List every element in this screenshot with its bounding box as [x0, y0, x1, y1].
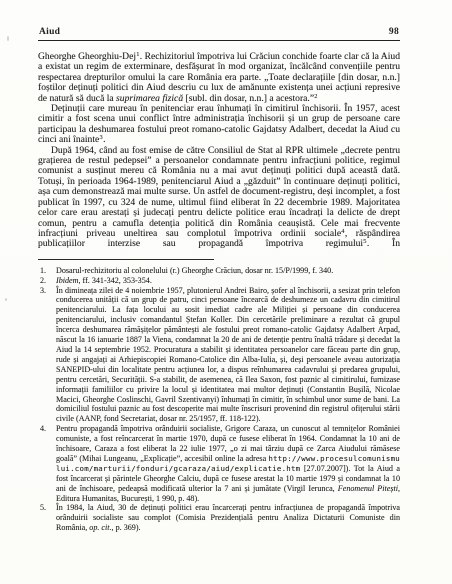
text-segment: . În — [367, 238, 400, 249]
text-segment: Deținuții care mureau în penitenciar era… — [38, 103, 400, 145]
footnote-number: 5. — [40, 503, 56, 533]
text-segment: 2 — [314, 93, 317, 100]
body-paragraph-continuation: Gheorghe Gheorghiu-Dej1. Rechizitoriul î… — [38, 52, 400, 104]
text-segment: suprimarea fizică — [116, 93, 183, 104]
footnote-text: Dosarul-rechizitoriu al colonelului (r.)… — [56, 266, 400, 276]
book-page: Aiud 98 Gheorghe Gheorghiu-Dej1. Rechizi… — [0, 0, 452, 584]
footnote-separator — [38, 259, 214, 260]
page-number: 98 — [389, 27, 399, 37]
text-segment: op. cit. — [89, 523, 111, 532]
footnote-item: 2. Ibidem, ff. 341-342, 353-354. — [40, 276, 400, 286]
footnotes-section: 1. Dosarul-rechizitoriu al colonelului (… — [38, 266, 400, 533]
page-header: Aiud 98 — [38, 27, 400, 37]
footnote-text: În 1984, la Aiud, 30 de deținuți politic… — [56, 503, 400, 533]
scan-artifact — [7, 36, 9, 41]
footnote-number: 3. — [40, 286, 56, 425]
footnote-item: 1. Dosarul-rechizitoriu al colonelului (… — [40, 266, 400, 276]
body-text: Gheorghe Gheorghiu-Dej1. Rechizitoriul î… — [38, 52, 400, 250]
footnote-text: În dimineața zilei de 4 noiembrie 1957, … — [56, 286, 400, 425]
text-segment: În dimineața zilei de 4 noiembrie 1957, … — [56, 286, 400, 424]
running-title: Aiud — [39, 27, 60, 37]
footnote-number: 2. — [40, 276, 56, 286]
text-segment: , ff. 341-342, 353-354. — [78, 276, 151, 285]
footnote-item: 3. În dimineața zilei de 4 noiembrie 195… — [40, 286, 400, 425]
footnote-text: Ibidem, ff. 341-342, 353-354. — [56, 276, 400, 286]
text-segment: După 1964, când au fost emise de către C… — [38, 145, 400, 239]
footnote-item: 4. Pentru propagandă împotriva orânduiri… — [40, 424, 400, 503]
text-segment: Fenomenul Pitești — [338, 484, 398, 493]
text-segment: 5 — [363, 238, 366, 245]
text-segment: Ibidem — [56, 276, 78, 285]
text-segment: [subl. din dosar, n.n.] a acestora.” — [183, 93, 314, 104]
text-segment: 1 — [136, 51, 139, 58]
text-segment: Dosarul-rechizitoriu al colonelului (r.)… — [56, 266, 333, 275]
scan-artifact — [5, 298, 7, 301]
body-paragraph: După 1964, când au fost emise de către C… — [38, 146, 400, 250]
text-segment: . — [103, 134, 105, 145]
footnote-number: 1. — [40, 266, 56, 276]
text-segment: 3 — [99, 134, 102, 141]
footnote-item: 5. În 1984, la Aiud, 30 de deținuți poli… — [40, 503, 400, 533]
header-rule — [38, 40, 400, 41]
text-segment: , p. 369). — [112, 523, 141, 532]
body-paragraph: Deținuții care mureau în penitenciar era… — [38, 104, 400, 146]
footnote-text: Pentru propagandă împotriva orânduirii s… — [56, 424, 400, 503]
footnote-number: 4. — [40, 424, 56, 503]
